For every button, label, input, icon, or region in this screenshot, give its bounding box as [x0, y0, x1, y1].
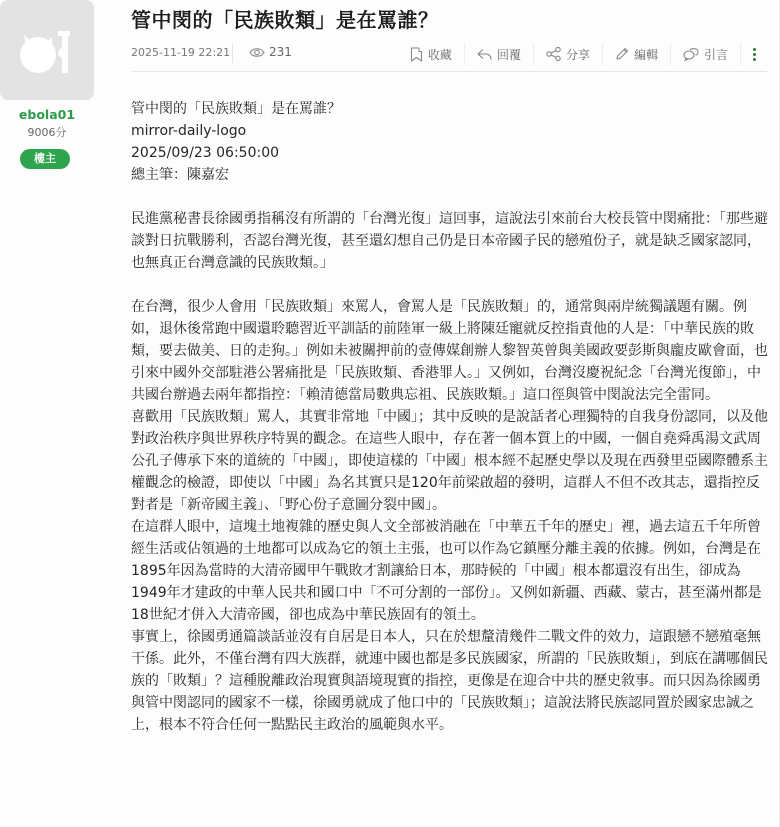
- reply-icon: [477, 48, 492, 61]
- post-actions: 收藏 回覆 分享 編輯: [398, 40, 767, 68]
- author-name[interactable]: ebola01: [0, 107, 94, 122]
- share-icon: [546, 47, 561, 61]
- post-date: 2025-11-19 22:21: [131, 46, 230, 59]
- divider: [232, 43, 233, 63]
- avatar[interactable]: [0, 0, 94, 100]
- reply-button[interactable]: 回覆: [465, 43, 534, 65]
- paragraph: 事實上，徐國勇通篇談話並沒有自居是日本人，只在於想釐清幾件二戰文件的效力，這跟戀…: [131, 626, 771, 736]
- forum-post-page: ebola01 9006分 樓主 管中閔的「民族敗類」是在罵誰？ 2025-11…: [0, 0, 780, 827]
- reply-label: 回覆: [497, 46, 521, 63]
- paragraph: 在台灣，很少人會用「民族敗類」來罵人，會罵人是「民族敗類」的，通常與兩岸統獨議題…: [131, 296, 771, 406]
- quote-button[interactable]: 引言: [671, 43, 741, 65]
- paragraph: 民進黨秘書長徐國勇指稱沒有所謂的「台灣光復」這回事，這說法引來前台大校長管中閔痛…: [131, 208, 771, 274]
- default-avatar-icon: [18, 25, 78, 77]
- bookmark-button[interactable]: 收藏: [398, 43, 465, 65]
- view-count-value: 231: [269, 45, 292, 59]
- eye-icon: [249, 47, 265, 58]
- more-dot: [753, 58, 756, 61]
- view-count: 231: [249, 45, 292, 59]
- paragraph: 在這群人眼中，這塊土地複雜的歷史與人文全部被消融在「中華五千年的歷史」裡，過去這…: [131, 516, 771, 626]
- article-author: 總主筆：陳嘉宏: [131, 164, 771, 186]
- post-meta-bar: 2025-11-19 22:21 231 收藏 回覆: [131, 40, 767, 72]
- quote-label: 引言: [704, 46, 728, 63]
- more-dot: [753, 53, 756, 56]
- post-title: 管中閔的「民族敗類」是在罵誰？: [131, 4, 439, 33]
- edit-label: 編輯: [634, 46, 658, 63]
- article-title-line: 管中閔的「民族敗類」是在罵誰？: [131, 98, 771, 120]
- post-content: 管中閔的「民族敗類」是在罵誰？ mirror-daily-logo 2025/0…: [131, 98, 771, 736]
- bookmark-label: 收藏: [428, 46, 452, 63]
- article-datetime: 2025/09/23 06:50:00: [131, 142, 771, 164]
- source-logo-text: mirror-daily-logo: [131, 120, 771, 142]
- share-label: 分享: [566, 46, 590, 63]
- author-score: 9006分: [0, 124, 94, 140]
- paragraph: 喜歡用「民族敗類」罵人，其實非常地「中國」；其中反映的是說話者心理獨特的自我身份…: [131, 406, 771, 516]
- bookmark-icon: [410, 47, 423, 62]
- share-button[interactable]: 分享: [534, 43, 603, 65]
- edit-pencil-icon: [615, 47, 629, 61]
- more-options-button[interactable]: [741, 48, 767, 61]
- edit-button[interactable]: 編輯: [603, 43, 671, 65]
- quote-bubble-icon: [683, 47, 699, 61]
- more-vertical-icon: [753, 48, 756, 51]
- original-poster-badge: 樓主: [20, 149, 70, 169]
